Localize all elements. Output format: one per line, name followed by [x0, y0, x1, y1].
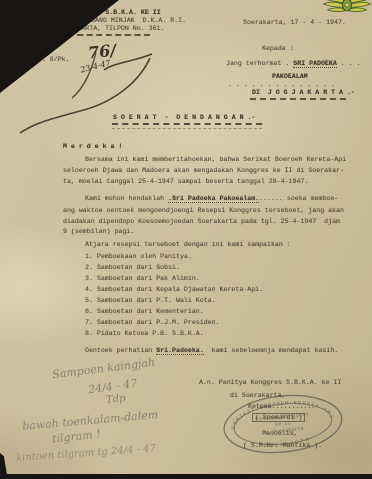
closing-pre: Oentoek perhatian — [85, 347, 156, 354]
kepada-label: Kepada : — [262, 45, 294, 52]
recipient-dots-row: . . . . . . . . . . . . . . — [228, 81, 335, 88]
para2-line2: ang waktoe oentoek mengoendjoengi Reseps… — [63, 207, 344, 214]
agenda-item-6: 6. Samboetan dari Kementerian. — [85, 308, 204, 315]
agenda-item-3: 3. Samboetan dari Pak Alimin. — [85, 275, 200, 282]
recipient-underline — [250, 98, 346, 100]
para2-post: ...... soeka memboe- — [259, 195, 338, 202]
greeting: M e r d e k a ! — [63, 143, 122, 150]
signoff-secretary-name: ( S.M.Kr. Mantika ). — [243, 442, 322, 449]
para2-recipient-name: .Sri Padoeka Pakoealam. — [168, 195, 259, 203]
recipient-prefix: Jang terhormat . — [226, 60, 289, 67]
signoff-line2: di Soerakarta, — [230, 392, 285, 399]
para1-line2: seloeroeh Djawa dan Madoera akan mengada… — [63, 167, 344, 174]
di-label: DI — [252, 89, 268, 96]
closing-line: Oentoek perhatian Sri.Padoeka. kami sebe… — [85, 347, 338, 354]
para2-line4: 9 (sembilan) pagi. — [63, 228, 134, 235]
city-label: J O G J A K A R T A .- — [268, 89, 355, 96]
agenda-item-8: 8. Pidato Ketoea P.B. S.B.K.A. — [85, 330, 204, 337]
signoff-chairman-name: ( Soemardi ) — [252, 413, 305, 422]
signoff-line1: A.n. Panitya Konggres S.B.K.A. ke II — [199, 379, 341, 386]
pencil-note-3: Tdp — [105, 393, 126, 406]
recipient-city-line: DI J O G J A K A R T A .- — [252, 89, 355, 96]
recipient-line2: PAKOEALAM — [272, 73, 308, 80]
agenda-intro: Atjara resepsi terseboet dengan ini kami… — [85, 241, 291, 248]
bottom-edge-shadow — [0, 474, 372, 479]
signoff-ketoea: Ketoea........... — [248, 403, 315, 410]
para1-line1: Bersama ini kami memberitahoekan, bahwa … — [85, 156, 346, 163]
recipient-dots: . . . — [337, 60, 361, 67]
agenda-item-4: 4. Samboetan dari Kepala Djawatan Kereta… — [85, 286, 263, 293]
para2-pre: Kami mohon hendaklah — [85, 195, 168, 202]
closing-post: kami sebeloemnja mendapat kasih. — [204, 347, 339, 354]
agenda-item-1: 1. Pemboekaan oleh Panitya. — [85, 253, 192, 260]
para2-line1: Kami mohon hendaklah .Sri Padoeka Pakoea… — [85, 195, 338, 202]
scanned-letter: PANITYA KONGRES S.B.K.A. KE II SEKRETARI… — [0, 0, 372, 479]
agenda-item-7: 7. Samboetan dari P.J.M. Presiden. — [85, 319, 220, 326]
para2-line3: diadakan dipendopo Koesoemojoedan Soerak… — [63, 218, 340, 225]
railway-wings-logo-icon — [320, 0, 372, 21]
signoff-penoelis: Penoelis, — [262, 430, 298, 437]
recipient-line1: Jang terhormat . SRI PADOEKA . . . — [226, 60, 361, 67]
closing-recipient-name: Sri.Padoeka. — [156, 347, 203, 355]
recipient-name: SRI PADOEKA — [293, 60, 337, 68]
para1-line3: ta, moelai tanggal 25-4-1947 sampai bese… — [63, 178, 308, 185]
agenda-item-2: 2. Samboetan dari Sobsi. — [85, 264, 180, 271]
agenda-item-5: 5. Samboetan dari P.T. Wali Kota. — [85, 297, 216, 304]
